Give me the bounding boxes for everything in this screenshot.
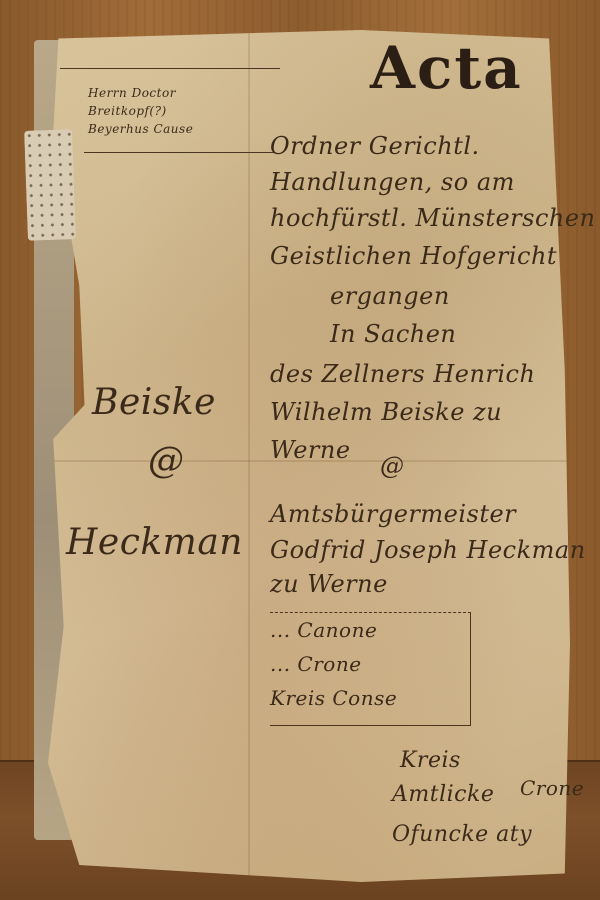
fold-crease <box>248 30 250 882</box>
bottom-note-line: Crone <box>520 776 584 800</box>
text-line: @ <box>380 452 405 480</box>
text-line: Wilhelm Beiske zu <box>270 398 502 426</box>
document-title: Acta <box>370 34 523 102</box>
top-left-note-line: Beyerhus Cause <box>88 122 193 136</box>
margin-name: @ <box>148 440 185 481</box>
note-underline <box>84 152 274 153</box>
text-line: hochfürstl. Münsterschen <box>270 204 596 232</box>
text-line: In Sachen <box>330 320 456 348</box>
bottom-note-line: Amtlicke <box>392 782 494 807</box>
text-line: Ordner Gerichtl. <box>270 132 480 160</box>
text-line: Godfrid Joseph Heckman <box>270 536 586 564</box>
patterned-tape <box>24 129 76 241</box>
top-left-note-line: Breitkopf(?) <box>88 104 167 118</box>
text-line: Werne <box>270 436 351 464</box>
boxed-note-line: ... Canone <box>270 618 377 642</box>
margin-name: Heckman <box>66 522 243 563</box>
text-line: Handlungen, so am <box>270 168 515 196</box>
boxed-note-line: ... Crone <box>270 652 362 676</box>
margin-name: Beiske <box>92 382 216 423</box>
text-line: Amtsbürgermeister <box>270 500 516 528</box>
text-line: Geistlichen Hofgericht <box>270 242 557 270</box>
bottom-note-line: Ofuncke aty <box>392 822 532 847</box>
bottom-note-line: Kreis <box>400 748 461 773</box>
boxed-note-line: Kreis Conse <box>270 686 397 710</box>
text-line: zu Werne <box>270 570 388 598</box>
top-left-note-line: Herrn Doctor <box>88 86 176 100</box>
text-line: ergangen <box>330 282 450 310</box>
text-line: des Zellners Henrich <box>270 360 535 388</box>
header-rule <box>60 68 280 69</box>
